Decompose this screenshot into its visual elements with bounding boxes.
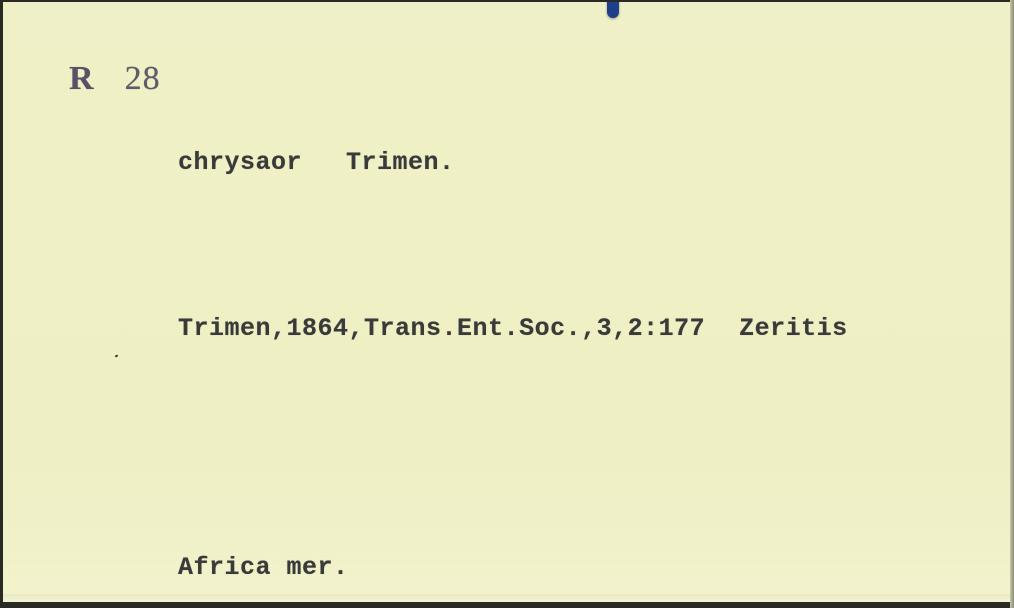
reference-line: Trimen,1864,Trans.Ent.Soc.,3,2:177Zeriti… <box>116 285 848 372</box>
species-author: Trimen. <box>346 148 455 177</box>
card-edge-shadow <box>1010 0 1014 608</box>
locality: Africa mer. <box>178 553 349 582</box>
species-name: chrysaor <box>178 148 302 177</box>
pin-tack-icon <box>607 2 619 18</box>
call-number-value: 28 <box>125 60 161 97</box>
bibliographic-reference: Trimen,1864,Trans.Ent.Soc.,3,2:177 <box>178 314 705 343</box>
original-genus: Zeritis <box>739 314 848 343</box>
locality-line: Africa mer. <box>116 524 349 602</box>
index-card: R28 chrysaorTrimen. Trimen,1864,Trans.En… <box>3 2 1012 602</box>
taxon-name-line: chrysaorTrimen. <box>116 119 455 206</box>
call-number-prefix: R <box>69 60 95 97</box>
